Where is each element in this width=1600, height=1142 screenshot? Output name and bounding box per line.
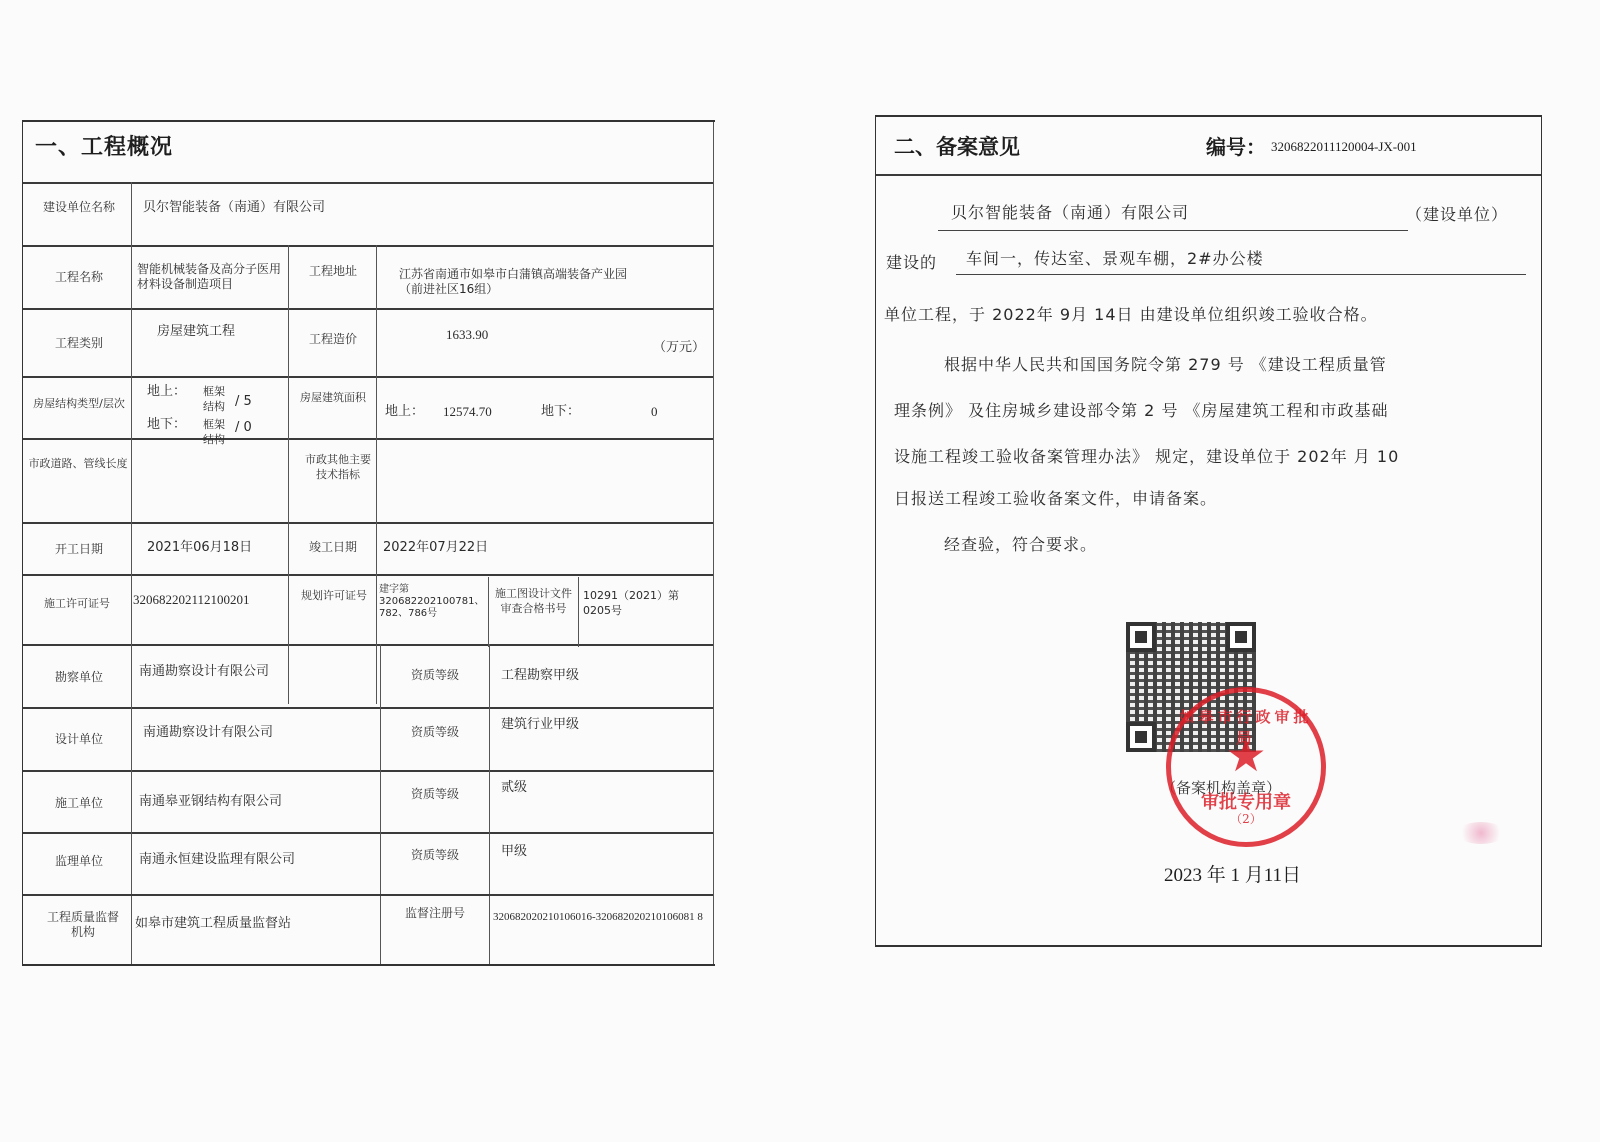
border	[489, 644, 490, 964]
divider	[876, 174, 1541, 176]
underline	[938, 230, 1408, 231]
area-above-value: 12574.70	[443, 404, 492, 419]
border	[288, 574, 289, 704]
divider	[23, 832, 713, 834]
divider	[23, 770, 713, 772]
value-supervision-unit: 南通永恒建设监理有限公司	[139, 852, 295, 867]
label-survey-grade: 资质等级	[383, 668, 487, 683]
qr-finder-icon	[1126, 622, 1156, 652]
area-above-label: 地上：	[385, 404, 424, 419]
section-title-filing: 二、备案意见	[894, 131, 1020, 161]
value-construction-permit: 320682202112100201	[133, 592, 250, 607]
sign-date: 2023 年 1 月11日	[1164, 860, 1301, 887]
value-planning-permit: 建字第320682202100781、782、786号	[379, 584, 487, 620]
regulation-line-2: 理条例》 及住房城乡建设部令第 2 号 《房屋建筑工程和市政基础	[894, 401, 1389, 421]
area-below-value: 0	[651, 404, 658, 419]
seal-sub-text: （2）	[1171, 810, 1321, 827]
value-survey-unit: 南通勘察设计有限公司	[139, 664, 269, 679]
filing-opinion-page: 二、备案意见 编号： 3206822011120004-JX-001 贝尔智能装…	[875, 115, 1542, 947]
value-start-date: 2021年06月18日	[147, 540, 252, 555]
label-municipal-tech: 市政其他主要技术指标	[303, 452, 373, 482]
builder-suffix: （建设单位）	[1406, 205, 1508, 225]
structure-above-label: 地上：	[147, 384, 186, 399]
value-design-grade: 建筑行业甲级	[501, 717, 579, 732]
border	[131, 182, 132, 964]
value-construction-grade: 贰级	[501, 780, 527, 795]
value-survey-grade: 工程勘察甲级	[501, 668, 579, 683]
label-end-date: 竣工日期	[291, 540, 375, 555]
border	[713, 122, 714, 964]
divider	[23, 894, 713, 896]
value-cost: 1633.90	[446, 327, 488, 342]
structure-above-floors: / 5	[235, 394, 252, 409]
value-project-name: 智能机械装备及高分子医用材料设备制造项目	[137, 262, 287, 292]
label-drawing-review: 施工图设计文件审查合格书号	[491, 586, 576, 616]
value-design-unit: 南通勘察设计有限公司	[143, 725, 273, 740]
area-below-label: 地下：	[541, 404, 580, 419]
built-items: 车间一，传达室、景观车棚，2#办公楼	[966, 249, 1264, 269]
regulation-line-1: 根据中华人民共和国国务院令第 279 号 《建设工程质量管	[944, 355, 1387, 375]
label-category: 工程类别	[29, 336, 129, 351]
divider	[23, 308, 713, 310]
border	[380, 644, 381, 964]
label-supervision-reg: 监督注册号	[383, 906, 487, 921]
acceptance-line: 单位工程，于 2022年 9月 14日 由建设单位组织竣工验收合格。	[884, 305, 1378, 325]
number-label: 编号：	[1206, 131, 1266, 160]
regulation-line-4: 日报送工程竣工验收备案文件，申请备案。	[894, 489, 1217, 509]
star-icon: ★	[1171, 732, 1321, 778]
label-survey-unit: 勘察单位	[29, 670, 129, 685]
value-builder: 贝尔智能装备（南通）有限公司	[143, 200, 325, 215]
label-building-area: 房屋建筑面积	[298, 390, 368, 405]
label-construction-grade: 资质等级	[383, 787, 487, 802]
label-municipal-length: 市政道路、管线长度	[25, 456, 131, 471]
value-drawing-review: 10291（2021）第0205号	[583, 588, 701, 618]
label-structure: 房屋结构类型/层次	[27, 396, 131, 411]
label-planning-permit: 规划许可证号	[299, 588, 369, 603]
divider	[23, 707, 713, 709]
structure-below-floors: / 0	[235, 420, 252, 435]
value-quality-agency: 如皋市建筑工程质量监督站	[135, 916, 291, 931]
label-construction-unit: 施工单位	[29, 796, 129, 811]
value-end-date: 2022年07月22日	[383, 540, 488, 555]
divider	[23, 376, 713, 378]
structure-above-type: 框架结构	[203, 384, 233, 414]
label-design-unit: 设计单位	[29, 732, 129, 747]
official-seal: 如皋市行政审批局 ★ 审批专用章 （2）	[1166, 687, 1326, 847]
divider	[23, 438, 713, 440]
label-builder: 建设单位名称	[29, 200, 129, 215]
border	[288, 245, 289, 575]
cost-unit: （万元）	[653, 340, 705, 355]
label-project-name: 工程名称	[29, 270, 129, 285]
structure-below-type: 框架结构	[203, 417, 233, 447]
value-construction-unit: 南通皋亚钢结构有限公司	[139, 794, 282, 809]
label-construction-permit: 施工许可证号	[37, 596, 117, 611]
border	[376, 574, 377, 704]
label-start-date: 开工日期	[29, 542, 129, 557]
label-supervision-unit: 监理单位	[29, 854, 129, 869]
label-cost: 工程造价	[291, 332, 375, 347]
divider	[23, 522, 713, 524]
divider	[23, 245, 713, 247]
number-value: 3206822011120004-JX-001	[1271, 139, 1417, 155]
section-title-overview: 一、工程概况	[35, 130, 173, 161]
builder-name: 贝尔智能装备（南通）有限公司	[951, 203, 1189, 223]
divider	[23, 644, 713, 646]
inspection-result: 经查验，符合要求。	[944, 535, 1097, 555]
border	[376, 245, 377, 575]
border	[488, 577, 489, 647]
ink-smudge	[1456, 822, 1506, 844]
structure-below-label: 地下：	[147, 417, 186, 432]
qr-finder-icon	[1126, 722, 1156, 752]
regulation-line-3: 设施工程竣工验收备案管理办法》 规定，建设单位于 202年 月 10	[894, 447, 1399, 467]
underline	[956, 274, 1526, 275]
value-category: 房屋建筑工程	[157, 324, 235, 339]
label-quality-agency: 工程质量监督机构	[43, 910, 123, 940]
divider	[23, 182, 713, 184]
built-prefix: 建设的	[886, 253, 937, 273]
value-supervision-reg: 320682020210106016-320682020210106081 8	[493, 910, 703, 925]
value-project-address: 江苏省南通市如皋市白蒲镇高端装备产业园（前进社区16组）	[399, 267, 649, 297]
project-overview-page: 一、工程概况 建设单位名称 贝尔智能装备（南通）有限公司 工程名称 智能机械装备…	[22, 120, 715, 966]
qr-finder-icon	[1226, 622, 1256, 652]
border	[578, 577, 579, 647]
label-project-address: 工程地址	[291, 264, 375, 279]
value-supervision-grade: 甲级	[501, 844, 527, 859]
divider	[23, 574, 713, 576]
label-design-grade: 资质等级	[383, 725, 487, 740]
label-supervision-grade: 资质等级	[383, 848, 487, 863]
